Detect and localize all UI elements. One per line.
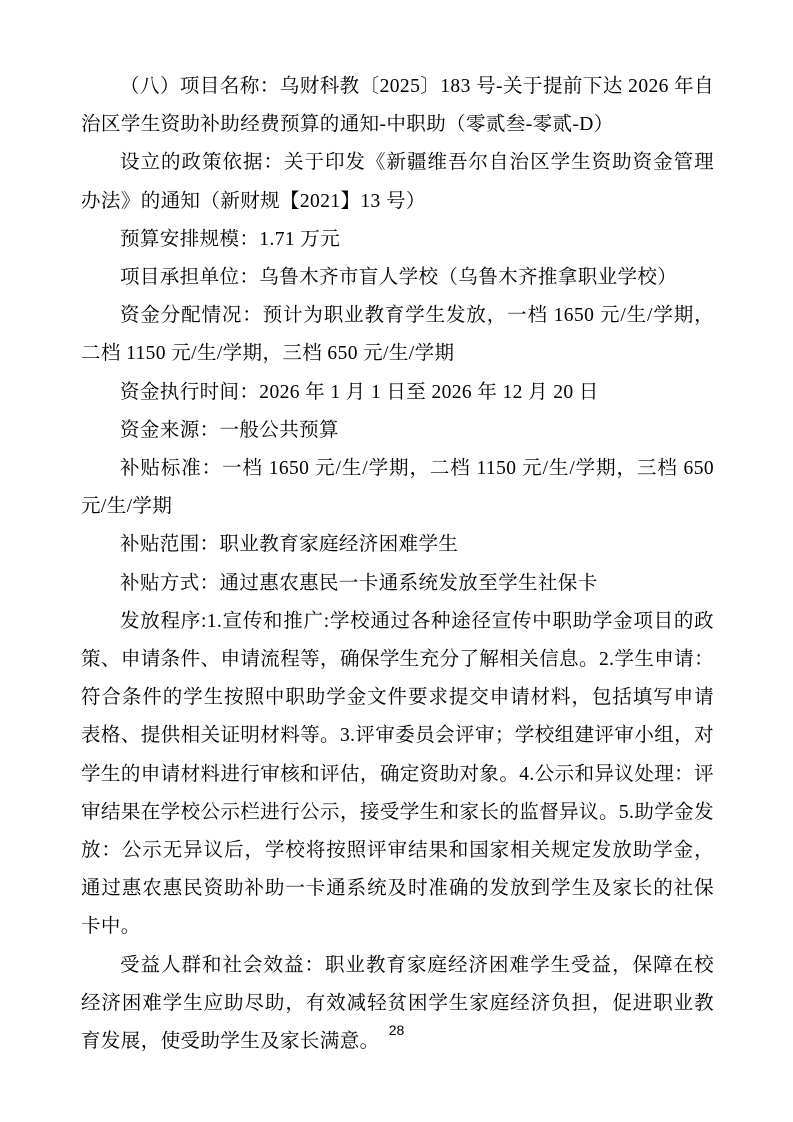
paragraph-undertaking-unit: 项目承担单位：乌鲁木齐市盲人学校（乌鲁木齐推拿职业学校） xyxy=(81,259,714,297)
paragraph-subsidy-method: 补贴方式：通过惠农惠民一卡通系统发放至学生社保卡 xyxy=(81,565,714,603)
document-page: （八）项目名称：乌财科教〔2025〕183 号-关于提前下达 2026 年自治区… xyxy=(0,0,793,1122)
paragraph-subsidy-scope: 补贴范围：职业教育家庭经济困难学生 xyxy=(81,526,714,564)
paragraph-execution-period: 资金执行时间：2026 年 1 月 1 日至 2026 年 12 月 20 日 xyxy=(81,374,714,412)
paragraph-distribution-procedure: 发放程序:1.宣传和推广:学校通过各种途径宣传中职助学金项目的政策、申请条件、申… xyxy=(81,603,714,947)
paragraph-project-name: （八）项目名称：乌财科教〔2025〕183 号-关于提前下达 2026 年自治区… xyxy=(81,68,714,144)
paragraph-fund-source: 资金来源：一般公共预算 xyxy=(81,412,714,450)
page-footer: 28 xyxy=(0,1021,793,1039)
document-body: （八）项目名称：乌财科教〔2025〕183 号-关于提前下达 2026 年自治区… xyxy=(81,68,714,1061)
paragraph-beneficiaries-social-benefit: 受益人群和社会效益：职业教育家庭经济困难学生受益，保障在校经济困难学生应助尽助，… xyxy=(81,947,714,1062)
page-number: 28 xyxy=(389,1022,405,1038)
paragraph-policy-basis: 设立的政策依据：关于印发《新疆维吾尔自治区学生资助资金管理办法》的通知（新财规【… xyxy=(81,144,714,220)
paragraph-fund-allocation: 资金分配情况：预计为职业教育学生发放，一档 1650 元/生/学期，二档 115… xyxy=(81,297,714,373)
paragraph-subsidy-standard: 补贴标准：一档 1650 元/生/学期，二档 1150 元/生/学期，三档 65… xyxy=(81,450,714,526)
paragraph-budget-scale: 预算安排规模：1.71 万元 xyxy=(81,221,714,259)
